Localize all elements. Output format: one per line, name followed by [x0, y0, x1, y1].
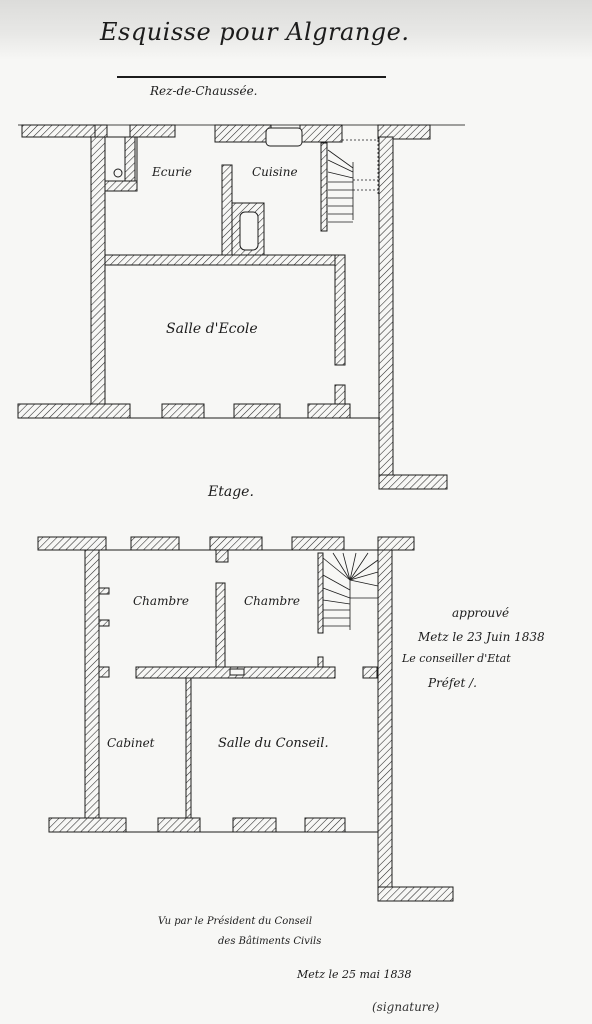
upper-floor-staircase	[323, 553, 378, 630]
upper-floor-label: Etage.	[208, 484, 254, 500]
upper-floor-plan	[38, 537, 453, 901]
room-label-salle-du-conseil: Salle du Conseil.	[218, 736, 329, 751]
approval-line-1: approuvé	[452, 604, 509, 622]
approval-line-2: Metz le 23 Juin 1838	[418, 628, 545, 646]
room-label-chambre-2: Chambre	[244, 594, 300, 608]
review-line-1: Vu par le Président du Conseil	[158, 916, 312, 927]
document-title: Esquisse pour Algrange.	[100, 18, 409, 46]
review-line-2: des Bâtiments Civils	[218, 936, 321, 947]
date-line: Metz le 25 mai 1838	[297, 968, 412, 981]
ground-floor-staircase	[328, 140, 378, 222]
ground-floor-plan	[18, 125, 465, 489]
room-label-salle-ecole: Salle d'Ecole	[166, 321, 258, 337]
room-label-ecurie: Ecurie	[152, 165, 192, 179]
signature: (signature)	[372, 1000, 439, 1014]
ground-floor-label: Rez-de-Chaussée.	[150, 84, 257, 98]
floor-plan-sheet: Esquisse pour Algrange. Rez-de-Chaussée.…	[0, 0, 592, 1024]
architectural-drawing	[0, 0, 592, 1024]
room-label-cuisine: Cuisine	[252, 165, 298, 179]
approval-line-3: Le conseiller d'Etat	[402, 650, 511, 668]
room-label-chambre-1: Chambre	[133, 594, 189, 608]
room-label-cabinet: Cabinet	[107, 736, 155, 750]
approval-line-4: Préfet /.	[428, 674, 477, 692]
